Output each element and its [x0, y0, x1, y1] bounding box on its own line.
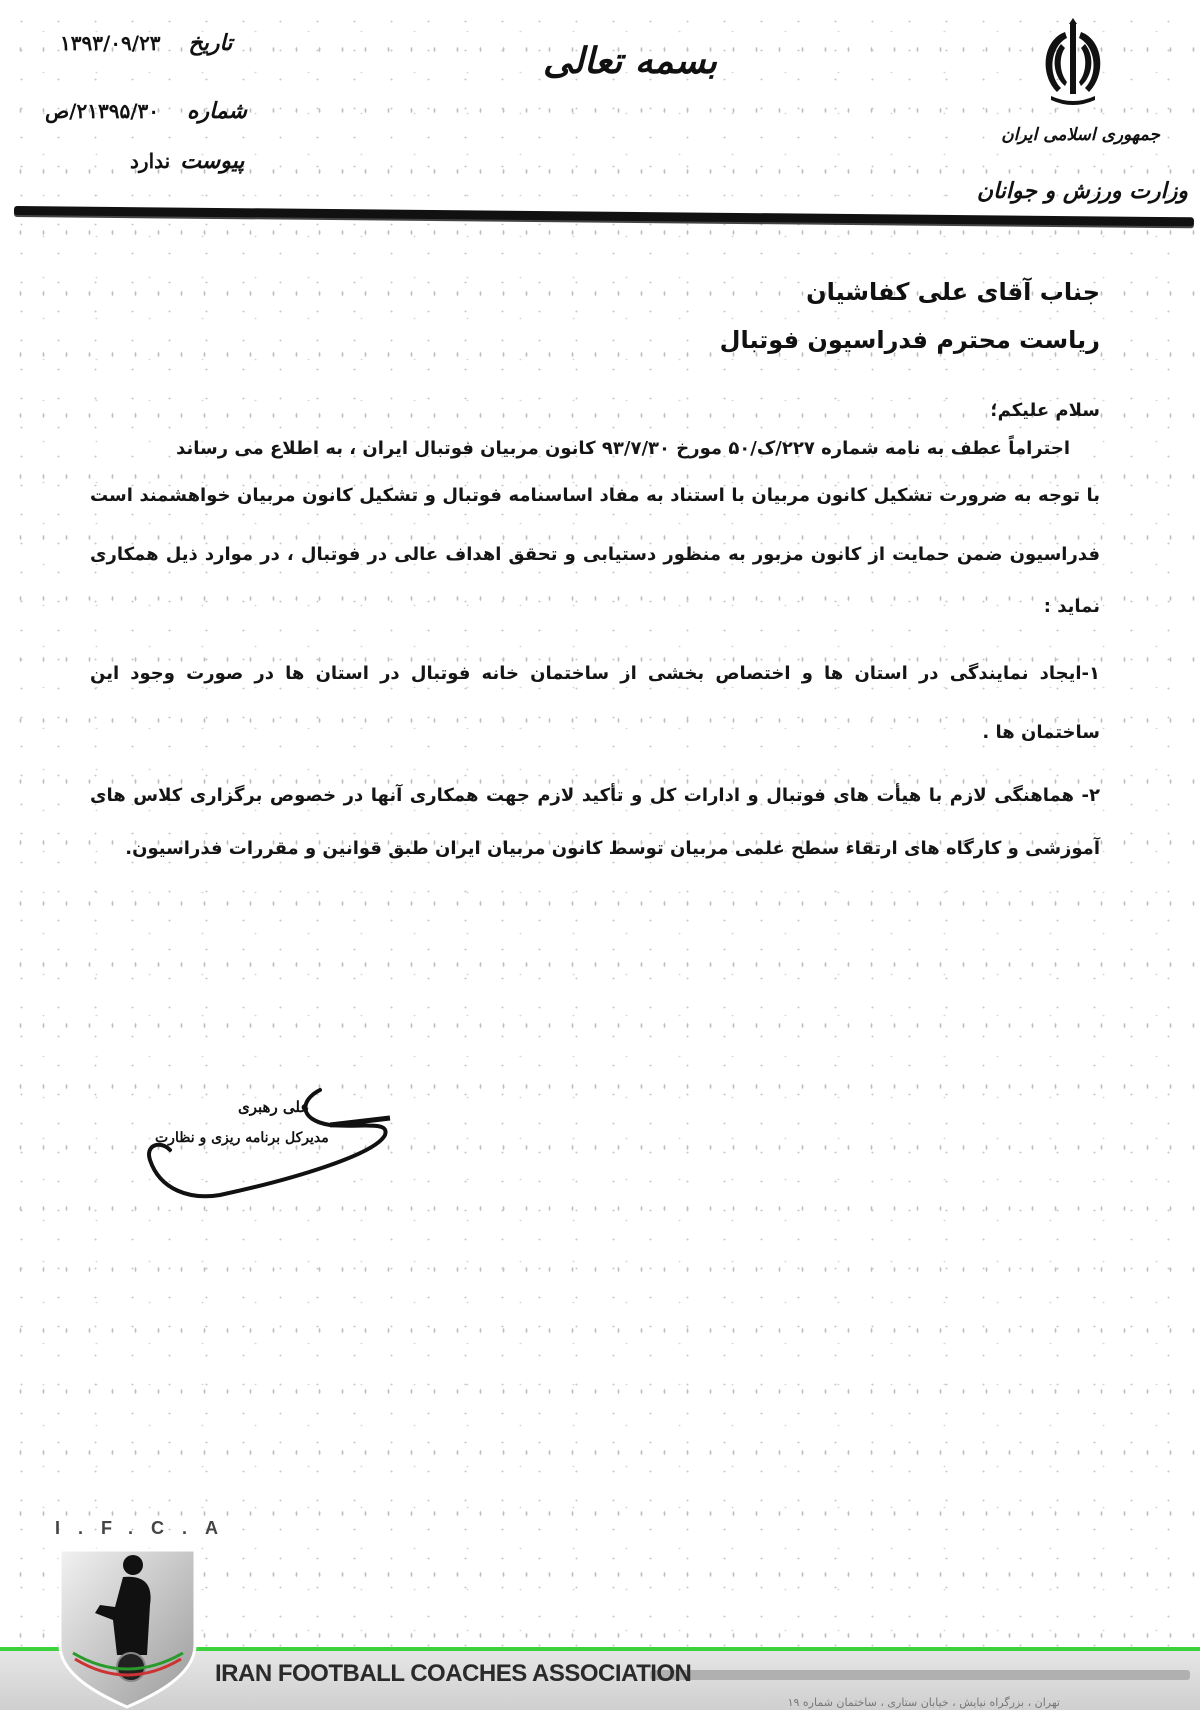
item-1-line-2: ساختمان ها .	[982, 722, 1100, 743]
letter-body: سلام علیکم؛ احتراماً عطف به نامه شماره ۲…	[90, 0, 1100, 900]
ifca-shield-logo-icon	[55, 1545, 200, 1710]
paragraph-1: احتراماً عطف به نامه شماره ۲۲۷/ک/۵۰ مورخ…	[176, 438, 1070, 459]
paragraph-2-line-2: فدراسیون ضمن حمایت از کانون مزبور به منظ…	[90, 544, 1100, 565]
ifca-logo-letters: I.F.C.A	[55, 1518, 236, 1539]
greeting: سلام علیکم؛	[990, 400, 1100, 421]
footer-address: تهران ، بزرگراه نیایش ، خیابان ستاری ، س…	[788, 1696, 1060, 1709]
paragraph-2-line-3: نماید :	[1044, 596, 1100, 617]
item-2-line-1: ۲- هماهنگی لازم با هیأت های فوتبال و ادا…	[90, 785, 1100, 806]
paragraph-2-line-1: با توجه به ضرورت تشکیل کانون مربیان با ا…	[90, 485, 1100, 506]
signatory-name: علی رهبری	[238, 1098, 309, 1116]
footer-association-name: IRAN FOOTBALL COACHES ASSOCIATION	[215, 1660, 691, 1688]
signatory-title: مدیرکل برنامه ریزی و نظارت	[155, 1130, 329, 1146]
scanned-letter: تاریخ ۱۳۹۳/۰۹/۲۳ شماره ۲۱۳۹۵/۳۰/ص پیوست …	[0, 0, 1200, 1710]
item-2-line-2: آموزشی و کارگاه های ارتقاء سطح علمی مربی…	[125, 838, 1100, 859]
footer-bar	[650, 1670, 1190, 1680]
item-1-line-1: ۱-ایجاد نمایندگی در استان ها و اختصاص بخ…	[90, 663, 1100, 684]
